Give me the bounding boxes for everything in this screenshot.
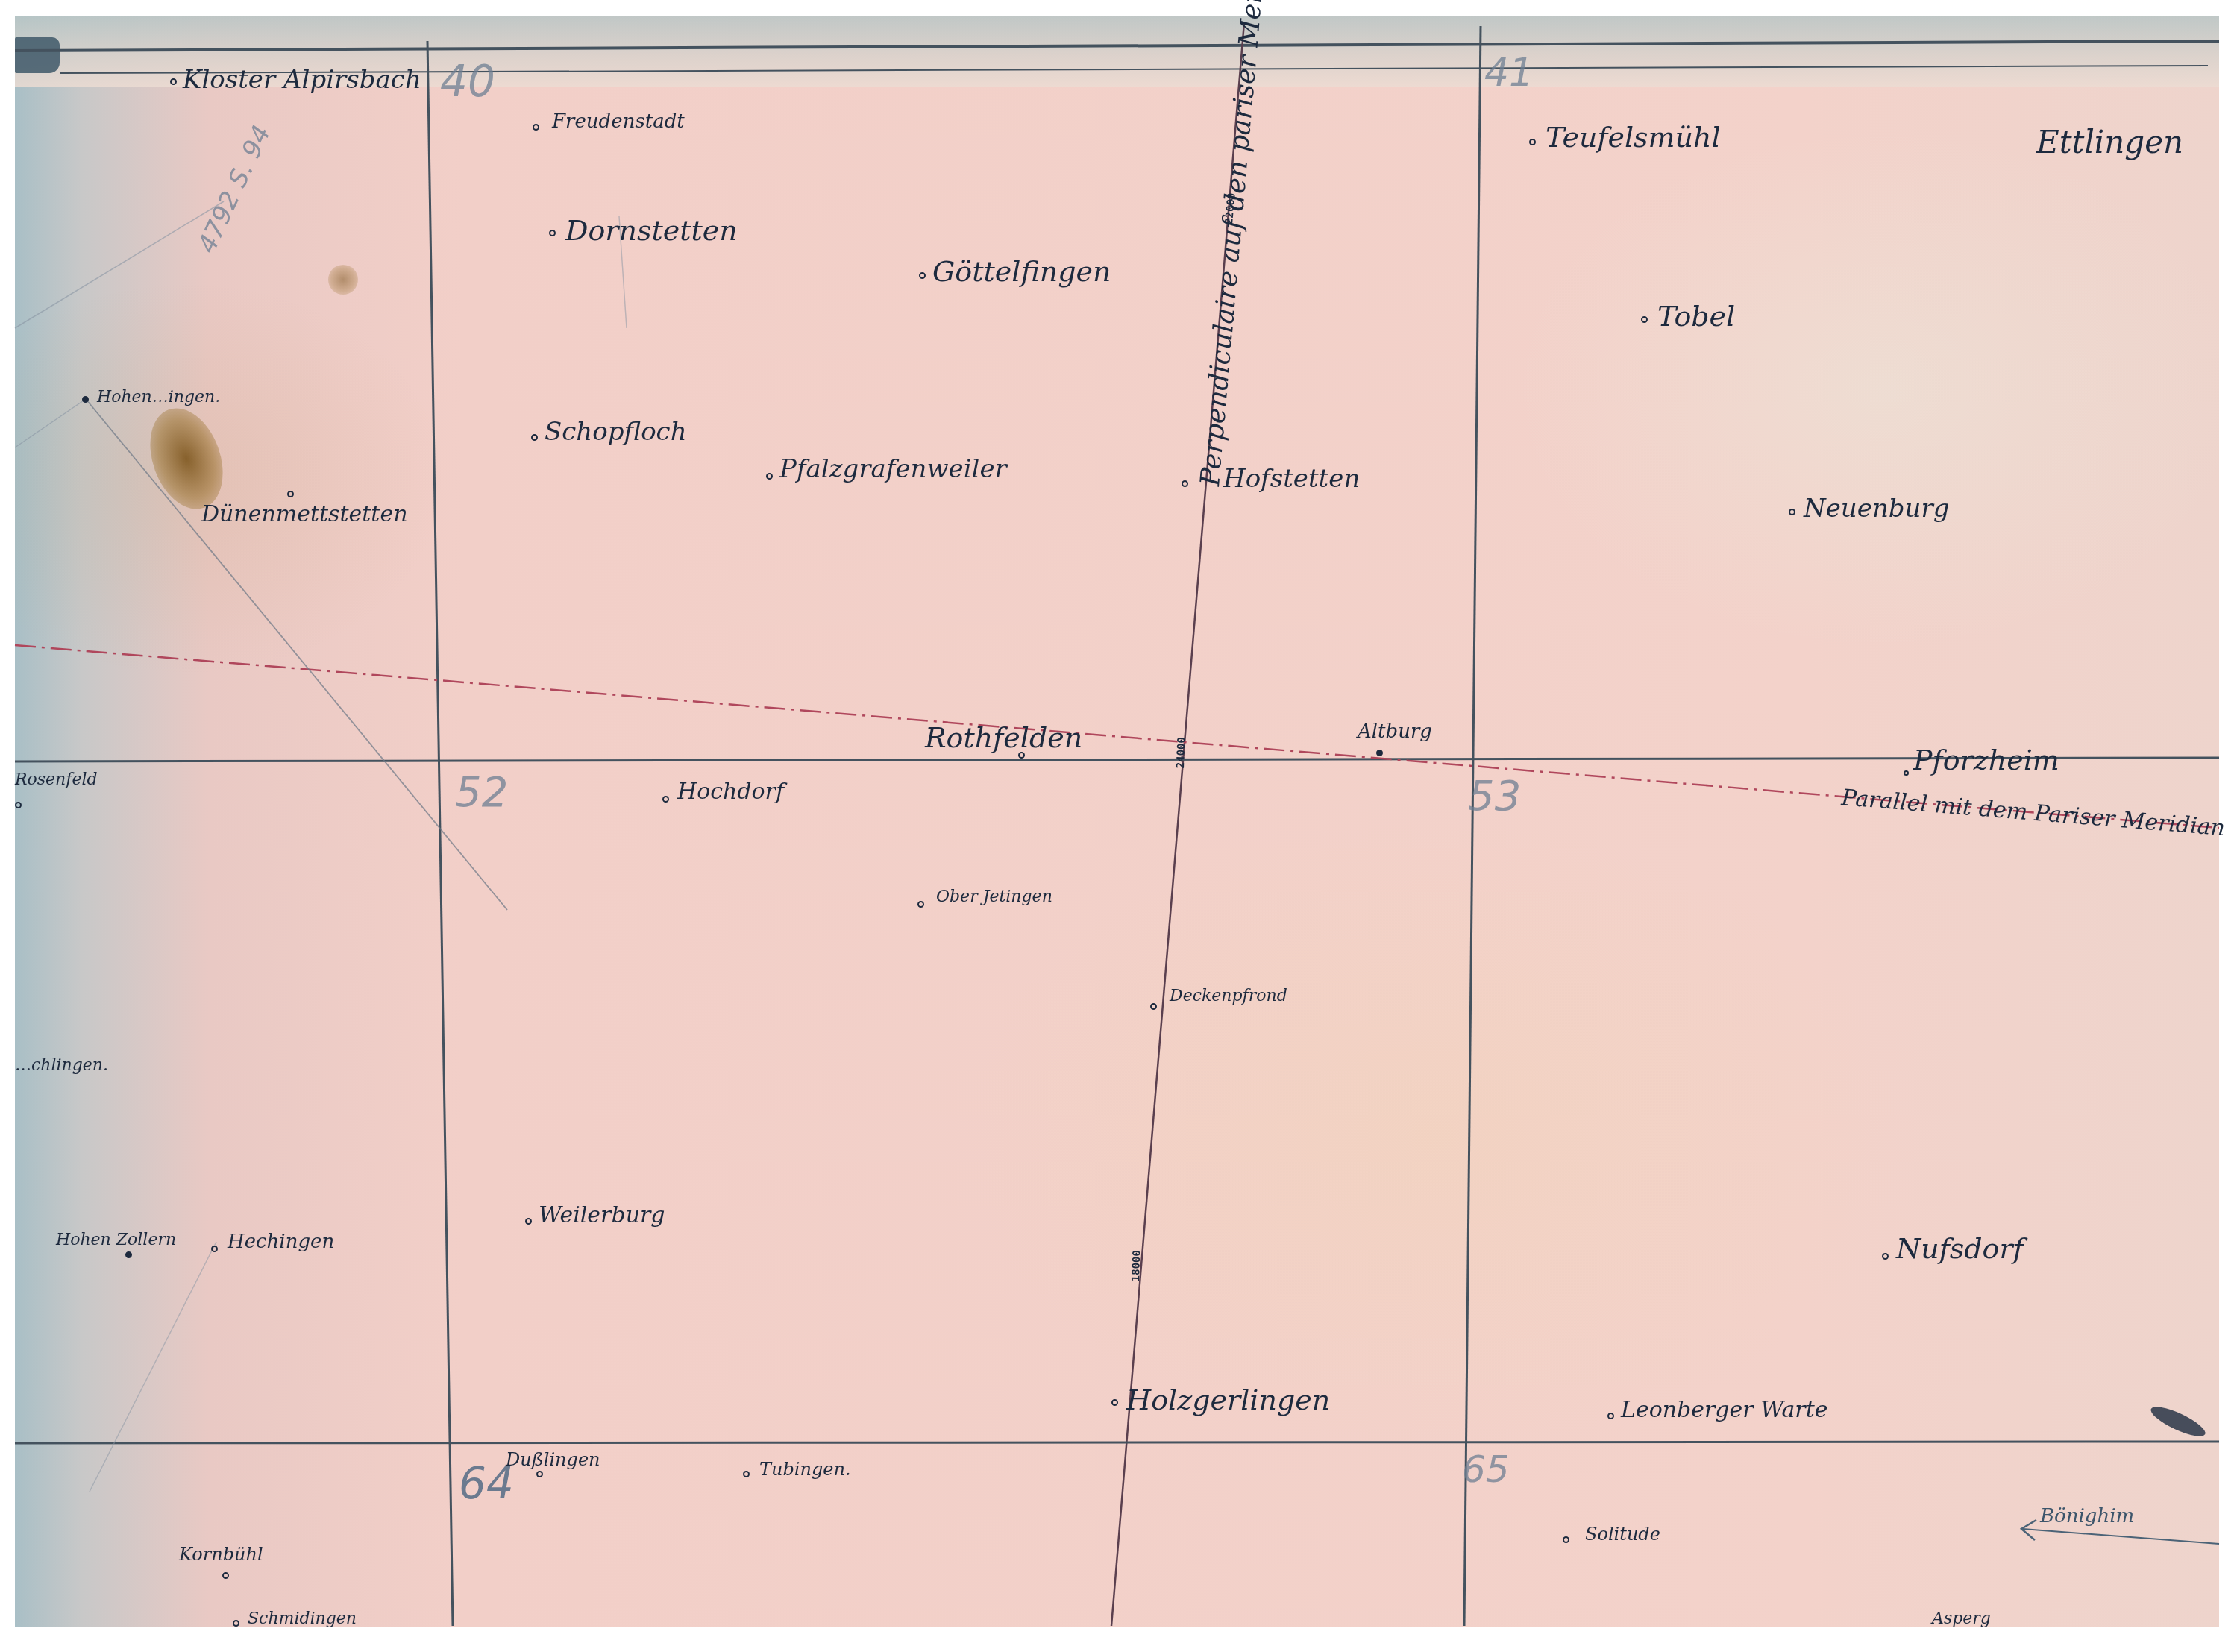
place-label: Kornbühl [179, 1545, 263, 1563]
meridian-tick-mid: 24000 [1175, 737, 1187, 769]
place-marker-icon [743, 1471, 750, 1477]
grid-horizontal-64 [15, 1442, 2219, 1443]
grid-vertical-40 [427, 41, 453, 1626]
place-marker-icon [531, 434, 538, 441]
place-label: Rosenfeld [15, 772, 98, 788]
place-marker-icon [917, 901, 924, 908]
place-label: Nufsdorf [1896, 1234, 2024, 1263]
place-marker-icon [919, 272, 926, 279]
place-marker-icon [766, 473, 773, 480]
place-label: Bönighim [2040, 1507, 2134, 1526]
place-label: Pforzheim [1913, 746, 2059, 774]
place-label: Neuenburg [1804, 496, 1949, 521]
place-label: Schopfloch [545, 419, 687, 445]
place-marker-icon [211, 1246, 218, 1252]
construction-line-diagonal [86, 399, 507, 910]
construction-line [90, 1242, 216, 1492]
place-label: Teufelsmühl [1546, 123, 1721, 151]
place-label: Dußlingen [506, 1451, 600, 1469]
place-marker-icon [170, 78, 177, 85]
bonigheim-arrow-line [2023, 1529, 2219, 1544]
place-marker-icon [525, 1218, 532, 1225]
place-marker-icon [222, 1572, 229, 1579]
place-marker-icon [15, 802, 22, 808]
place-marker-icon [1182, 480, 1188, 487]
grid-vertical-41 [1464, 26, 1481, 1626]
place-label: Holzgerlingen [1126, 1386, 1330, 1414]
grid-number-65: 65 [1462, 1451, 1510, 1488]
construction-line [15, 399, 86, 447]
place-marker-icon [549, 230, 556, 236]
place-label: Ober Jetingen [936, 889, 1052, 905]
place-marker-icon [287, 491, 294, 497]
place-label: Rothfelden [925, 723, 1082, 752]
place-label: …chlingen. [15, 1058, 108, 1074]
place-label: Dornstetten [565, 216, 738, 245]
place-marker-icon [82, 396, 89, 403]
place-marker-icon [1529, 139, 1536, 145]
top-border-line [15, 41, 2219, 51]
place-label: Hechingen [228, 1232, 334, 1251]
grid-number-41: 41 [1484, 54, 1534, 92]
place-marker-icon [1376, 750, 1383, 756]
place-label: Solitude [1585, 1525, 1660, 1543]
place-label: Ettlingen [2036, 127, 2183, 158]
meridian-tick-bottom: 18000 [1130, 1250, 1143, 1282]
place-marker-icon [1111, 1399, 1118, 1406]
place-marker-icon [1641, 316, 1648, 323]
place-label: Tobel [1657, 302, 1735, 330]
construction-line [15, 201, 224, 328]
place-label: Hochdorf [677, 781, 784, 803]
place-label: Asperg [1932, 1611, 1991, 1627]
place-marker-icon [125, 1251, 132, 1258]
place-label: Leonberger Warte [1621, 1399, 1827, 1422]
place-marker-icon [1904, 770, 1909, 776]
place-label: Altburg [1358, 722, 1432, 741]
place-marker-icon [1563, 1536, 1569, 1543]
place-label: Göttelfingen [932, 257, 1111, 286]
place-marker-icon [536, 1471, 543, 1477]
place-label: Kloster Alpirsbach [183, 67, 421, 92]
place-label: Tubingen. [759, 1460, 851, 1478]
place-label: Deckenpfrond [1170, 988, 1287, 1005]
place-label: Weilerburg [539, 1205, 665, 1227]
place-label: Pfalzgrafenweiler [779, 456, 1007, 482]
place-marker-icon [233, 1620, 239, 1627]
place-marker-icon [1789, 509, 1795, 515]
grid-number-40: 40 [440, 60, 495, 103]
place-marker-icon [662, 796, 669, 803]
map-sheet: Perpendiculaire auf den pariser Meridian… [0, 0, 2234, 1652]
place-label: Hohen Zollern [56, 1232, 176, 1249]
place-label: Dünenmettstetten [201, 503, 407, 526]
place-label: Schmidingen [248, 1611, 357, 1627]
place-marker-icon [1607, 1413, 1614, 1419]
place-marker-icon [1150, 1003, 1157, 1010]
place-marker-icon [1882, 1253, 1889, 1260]
grid-number-52: 52 [455, 772, 508, 814]
grid-horizontal-52 [15, 758, 2219, 761]
place-label: Hohen…ingen. [97, 389, 220, 406]
place-label: Freudenstadt [552, 112, 685, 131]
place-marker-icon [533, 124, 539, 131]
place-label: Hofstetten [1223, 466, 1360, 491]
grid-number-53: 53 [1468, 776, 1521, 817]
